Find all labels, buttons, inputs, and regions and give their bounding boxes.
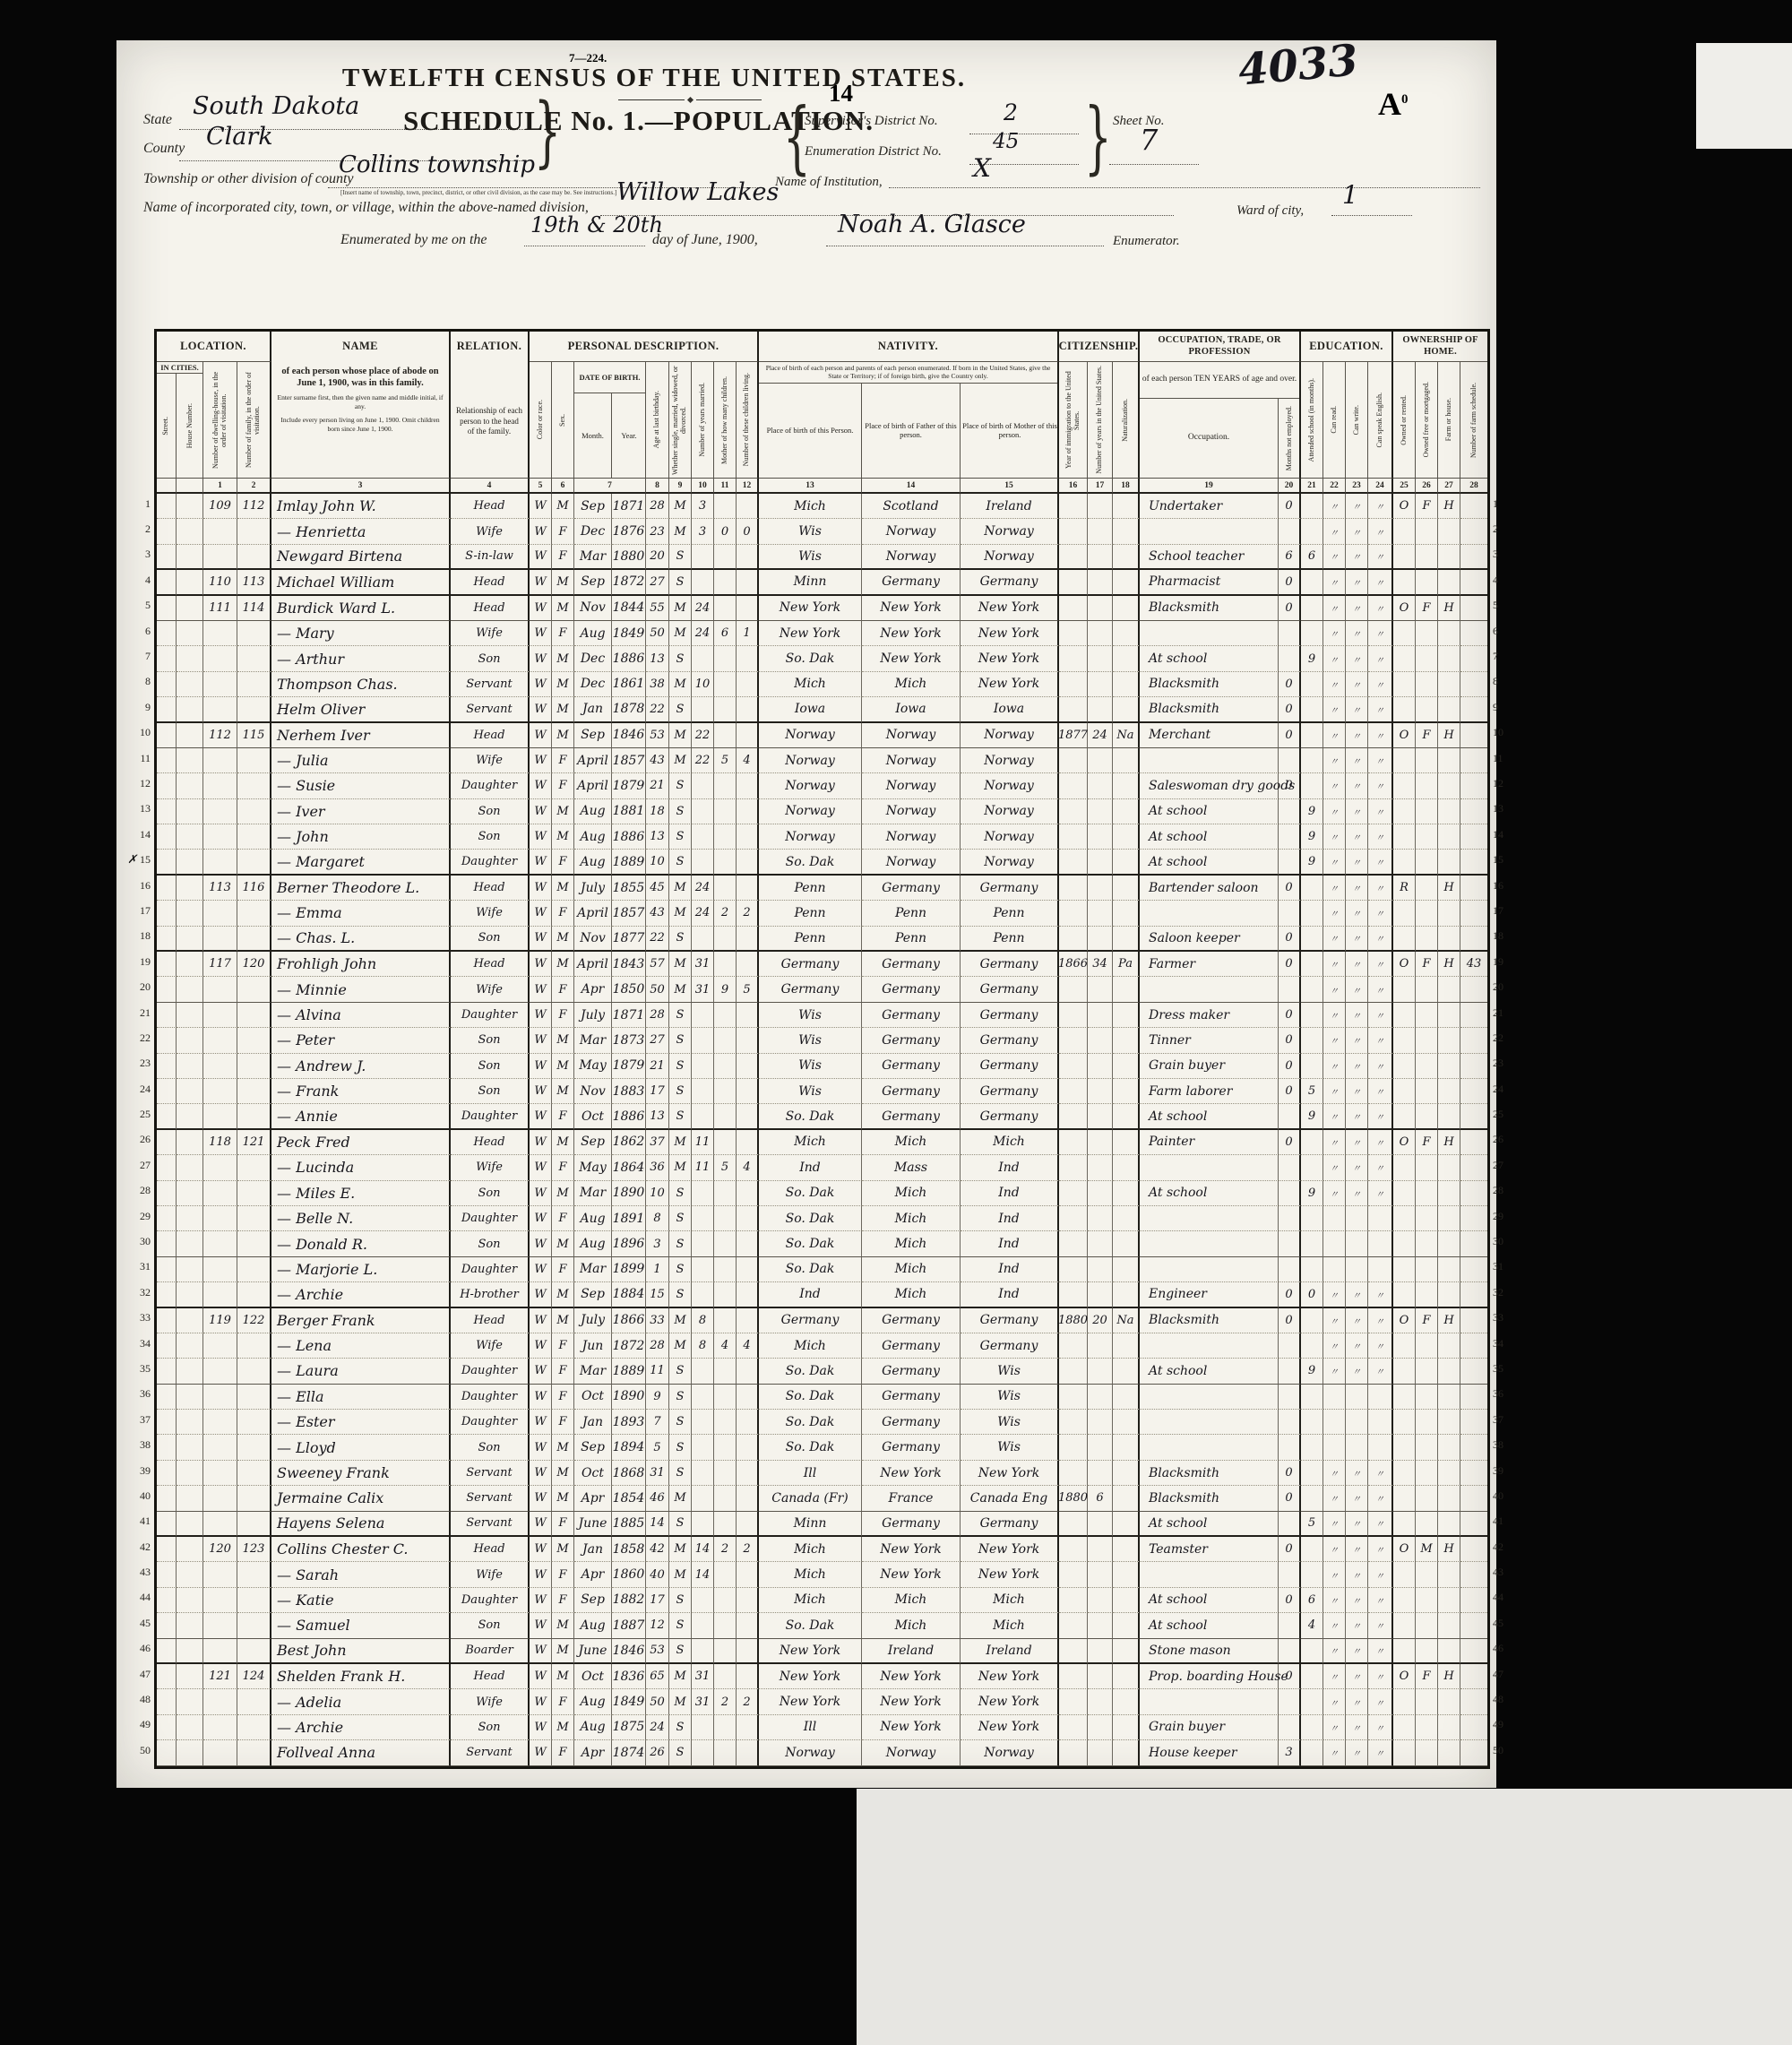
cell-sex: F bbox=[552, 1206, 574, 1231]
row-number-right: 1 bbox=[1489, 491, 1512, 516]
cell-fam bbox=[237, 1028, 271, 1053]
cell-rel: Son bbox=[451, 646, 530, 671]
cell-free: F bbox=[1416, 1308, 1438, 1333]
state-label: State bbox=[143, 112, 172, 128]
farm-house-header: Farm or house. bbox=[1438, 362, 1460, 479]
cell-house bbox=[177, 1715, 203, 1740]
cell-pob: Wis bbox=[759, 1054, 862, 1079]
cell-name: — Archie bbox=[271, 1282, 451, 1307]
cell-house bbox=[177, 1740, 203, 1765]
cell-ym bbox=[692, 1359, 714, 1384]
cell-dw: 111 bbox=[203, 596, 237, 621]
cell-sex: M bbox=[552, 1054, 574, 1079]
cell-wr: 〃 bbox=[1346, 1588, 1368, 1613]
cell-cl bbox=[737, 1028, 759, 1053]
cell-nat bbox=[1113, 1689, 1140, 1714]
cell-farmhouse bbox=[1438, 1689, 1460, 1714]
cell-own: O bbox=[1393, 596, 1416, 621]
cell-farmsched bbox=[1460, 748, 1487, 773]
cell-street bbox=[157, 1664, 177, 1689]
cell-pob: So. Dak bbox=[759, 1359, 862, 1384]
cell-farmhouse: H bbox=[1438, 1308, 1460, 1333]
row-number-right: 12 bbox=[1489, 771, 1512, 796]
cell-mar: S bbox=[669, 1181, 692, 1206]
cell-free bbox=[1416, 927, 1438, 952]
cell-en bbox=[1368, 1435, 1393, 1460]
cell-race: W bbox=[530, 723, 552, 748]
cell-occ: Grain buyer bbox=[1140, 1715, 1279, 1740]
cell-race: W bbox=[530, 1588, 552, 1613]
cell-farmsched bbox=[1460, 773, 1487, 798]
cell-sex: F bbox=[552, 545, 574, 570]
mother-of-header: Mother of how many children. bbox=[714, 362, 737, 479]
cell-ym bbox=[692, 773, 714, 798]
cell-farmsched bbox=[1460, 876, 1487, 901]
row-number-left: 41 bbox=[122, 1509, 151, 1534]
cell-wr: 〃 bbox=[1346, 1639, 1368, 1664]
row-number-right: 13 bbox=[1489, 797, 1512, 822]
cell-dw bbox=[203, 1435, 237, 1460]
cell-house bbox=[177, 1206, 203, 1231]
cell-occ bbox=[1140, 1257, 1279, 1282]
cell-iy bbox=[1059, 545, 1088, 570]
cell-mc bbox=[714, 1181, 737, 1206]
cell-iy bbox=[1059, 1359, 1088, 1384]
marital-header: Whether single, married, widowed, or div… bbox=[669, 362, 692, 479]
cell-farmhouse bbox=[1438, 1155, 1460, 1180]
cell-rel: Wife bbox=[451, 1562, 530, 1587]
cell-pm: Ind bbox=[961, 1282, 1059, 1307]
cell-mar: S bbox=[669, 1282, 692, 1307]
cell-dw bbox=[203, 519, 237, 544]
cell-cl bbox=[737, 596, 759, 621]
cell-mo: Nov bbox=[574, 596, 612, 621]
cell-pm: Germany bbox=[961, 1079, 1059, 1104]
cell-sch bbox=[1301, 1155, 1323, 1180]
cell-race: W bbox=[530, 824, 552, 850]
cell-mo: Oct bbox=[574, 1385, 612, 1410]
cell-sex: F bbox=[552, 1003, 574, 1028]
cell-en bbox=[1368, 1385, 1393, 1410]
cell-free bbox=[1416, 1435, 1438, 1460]
cell-yu bbox=[1088, 1079, 1113, 1104]
cell-wr: 〃 bbox=[1346, 672, 1368, 697]
cell-house bbox=[177, 952, 203, 977]
cell-cl bbox=[737, 1130, 759, 1155]
cell-pm: Penn bbox=[961, 927, 1059, 952]
row-number-right: 30 bbox=[1489, 1229, 1512, 1254]
cell-rel: Head bbox=[451, 1537, 530, 1562]
cell-pob: Minn bbox=[759, 570, 862, 595]
cell-pf: Iowa bbox=[862, 697, 961, 722]
cell-wr: 〃 bbox=[1346, 977, 1368, 1002]
cell-iy bbox=[1059, 1206, 1088, 1231]
cell-mc: 4 bbox=[714, 1333, 737, 1359]
cell-race: W bbox=[530, 1664, 552, 1689]
scanned-census-page: { "page": { "form_number": "7—224.", "ce… bbox=[0, 0, 1792, 2045]
cell-farmsched bbox=[1460, 570, 1487, 595]
cell-race: W bbox=[530, 697, 552, 722]
cell-pob: Ill bbox=[759, 1715, 862, 1740]
cell-iy bbox=[1059, 1257, 1088, 1282]
cell-free bbox=[1416, 1740, 1438, 1765]
cell-name: Frohligh John bbox=[271, 952, 451, 977]
cell-mar: S bbox=[669, 1512, 692, 1537]
cell-wr: 〃 bbox=[1346, 596, 1368, 621]
cell-pf: Germany bbox=[862, 876, 961, 901]
cell-sex: M bbox=[552, 1435, 574, 1460]
cell-street bbox=[157, 1410, 177, 1435]
cell-dw bbox=[203, 1028, 237, 1053]
cell-farmhouse bbox=[1438, 1079, 1460, 1104]
cell-rd: 〃 bbox=[1323, 876, 1346, 901]
row-number-left: 47 bbox=[122, 1661, 151, 1687]
cell-house bbox=[177, 545, 203, 570]
cell-nat bbox=[1113, 596, 1140, 621]
cell-occ: Blacksmith bbox=[1140, 596, 1279, 621]
cell-fam bbox=[237, 1333, 271, 1359]
cell-fam: 112 bbox=[237, 494, 271, 519]
cell-sex: M bbox=[552, 596, 574, 621]
cell-occ: Undertaker bbox=[1140, 494, 1279, 519]
cell-house bbox=[177, 1410, 203, 1435]
cell-name: — Katie bbox=[271, 1588, 451, 1613]
cell-mo: May bbox=[574, 1155, 612, 1180]
cell-cl bbox=[737, 1410, 759, 1435]
cell-race: W bbox=[530, 519, 552, 544]
cell-iy bbox=[1059, 672, 1088, 697]
cell-dw: 119 bbox=[203, 1308, 237, 1333]
cell-cl bbox=[737, 1613, 759, 1638]
cell-sch bbox=[1301, 1385, 1323, 1410]
cell-pf: Germany bbox=[862, 952, 961, 977]
cell-sch bbox=[1301, 1308, 1323, 1333]
cell-mo: Sep bbox=[574, 1282, 612, 1307]
cell-free bbox=[1416, 1155, 1438, 1180]
cell-yr: 1890 bbox=[612, 1385, 646, 1410]
cell-pob: New York bbox=[759, 1639, 862, 1664]
cell-pf: Germany bbox=[862, 1054, 961, 1079]
cell-wr: 〃 bbox=[1346, 748, 1368, 773]
cell-fam bbox=[237, 545, 271, 570]
cell-ym bbox=[692, 1054, 714, 1079]
cell-race: W bbox=[530, 1231, 552, 1256]
cell-fam bbox=[237, 1104, 271, 1129]
cell-race: W bbox=[530, 773, 552, 798]
cell-nat bbox=[1113, 1613, 1140, 1638]
cell-dw bbox=[203, 773, 237, 798]
cell-sch bbox=[1301, 1715, 1323, 1740]
row-number-left: 49 bbox=[122, 1713, 151, 1738]
cell-sex: M bbox=[552, 1308, 574, 1333]
cell-occ: Blacksmith bbox=[1140, 697, 1279, 722]
cell-age: 13 bbox=[646, 824, 669, 850]
cell-occ: Teamster bbox=[1140, 1537, 1279, 1562]
row-number-right: 29 bbox=[1489, 1204, 1512, 1229]
cell-name: Helm Oliver bbox=[271, 697, 451, 722]
cell-pob: So. Dak bbox=[759, 1410, 862, 1435]
cell-wr: 〃 bbox=[1346, 1512, 1368, 1537]
cell-mar: S bbox=[669, 570, 692, 595]
cell-iy bbox=[1059, 1613, 1088, 1638]
cell-pob: Mich bbox=[759, 672, 862, 697]
cell-sch bbox=[1301, 876, 1323, 901]
cell-farmhouse bbox=[1438, 1257, 1460, 1282]
cell-name: — Julia bbox=[271, 748, 451, 773]
institution-value: X bbox=[973, 153, 991, 183]
cell-dw bbox=[203, 646, 237, 671]
cell-free bbox=[1416, 1588, 1438, 1613]
cell-rd: 〃 bbox=[1323, 519, 1346, 544]
cell-fam bbox=[237, 646, 271, 671]
cell-rd bbox=[1323, 1410, 1346, 1435]
cell-house bbox=[177, 1028, 203, 1053]
cell-en: 〃 bbox=[1368, 1079, 1393, 1104]
cell-mo: Nov bbox=[574, 927, 612, 952]
col-number: 4 bbox=[451, 479, 530, 494]
in-cities-block: IN CITIES. Street. House Number. bbox=[157, 362, 203, 479]
cell-ym: 31 bbox=[692, 1664, 714, 1689]
row-number-left: 20 bbox=[122, 974, 151, 999]
cell-pob: So. Dak bbox=[759, 1104, 862, 1129]
cell-en: 〃 bbox=[1368, 1664, 1393, 1689]
cell-pf: Mich bbox=[862, 1257, 961, 1282]
cell-house bbox=[177, 1155, 203, 1180]
cell-rel: Wife bbox=[451, 1333, 530, 1359]
cell-pm: New York bbox=[961, 1715, 1059, 1740]
cell-farmsched bbox=[1460, 799, 1487, 824]
cell-pob: Penn bbox=[759, 927, 862, 952]
row-number-gutter-right: 1234567891011121314151617181920212223242… bbox=[1489, 491, 1512, 1764]
cell-cl bbox=[737, 723, 759, 748]
farm-schedule-header: Number of farm schedule. bbox=[1460, 362, 1487, 479]
row-number-right: 26 bbox=[1489, 1127, 1512, 1152]
cell-farmsched bbox=[1460, 494, 1487, 519]
cell-mo: Mar bbox=[574, 1181, 612, 1206]
cell-house bbox=[177, 1359, 203, 1384]
col-number: 24 bbox=[1368, 479, 1393, 494]
cell-rd: 〃 bbox=[1323, 1512, 1346, 1537]
cell-free bbox=[1416, 1410, 1438, 1435]
cell-nat bbox=[1113, 1257, 1140, 1282]
cell-iy bbox=[1059, 901, 1088, 926]
cell-name: Hayens Selena bbox=[271, 1512, 451, 1537]
cell-yr: 1871 bbox=[612, 494, 646, 519]
cell-wr: 〃 bbox=[1346, 1359, 1368, 1384]
cell-street bbox=[157, 723, 177, 748]
cell-name: — Sarah bbox=[271, 1562, 451, 1587]
cell-mo: Mar bbox=[574, 1257, 612, 1282]
cell-free: F bbox=[1416, 1130, 1438, 1155]
cell-mc: 2 bbox=[714, 1537, 737, 1562]
cell-ym bbox=[692, 1003, 714, 1028]
cell-yr: 1860 bbox=[612, 1562, 646, 1587]
cell-iy bbox=[1059, 1054, 1088, 1079]
row-number-left: 35 bbox=[122, 1356, 151, 1381]
cell-un bbox=[1279, 1512, 1301, 1537]
cell-fam: 123 bbox=[237, 1537, 271, 1562]
cell-occ: School teacher bbox=[1140, 545, 1279, 570]
month-header: Month. bbox=[574, 393, 612, 478]
cell-rel: Servant bbox=[451, 672, 530, 697]
cell-house bbox=[177, 1537, 203, 1562]
cell-yr: 1846 bbox=[612, 723, 646, 748]
cell-farmhouse bbox=[1438, 1385, 1460, 1410]
row-number-right: 22 bbox=[1489, 1025, 1512, 1050]
cell-fam: 113 bbox=[237, 570, 271, 595]
cell-sch bbox=[1301, 723, 1323, 748]
cell-age: 38 bbox=[646, 672, 669, 697]
institution-underline bbox=[889, 186, 1480, 188]
col-number-blank bbox=[157, 479, 177, 494]
cell-occ bbox=[1140, 1562, 1279, 1587]
cell-farmhouse bbox=[1438, 977, 1460, 1002]
cell-en: 〃 bbox=[1368, 850, 1393, 875]
cell-pm: Germany bbox=[961, 977, 1059, 1002]
row-number-right: 39 bbox=[1489, 1458, 1512, 1483]
cell-mar: S bbox=[669, 1231, 692, 1256]
cell-sex: M bbox=[552, 1079, 574, 1104]
cell-rd: 〃 bbox=[1323, 1562, 1346, 1587]
cell-pf: New York bbox=[862, 596, 961, 621]
cell-farmsched bbox=[1460, 519, 1487, 544]
cell-ym: 3 bbox=[692, 494, 714, 519]
cell-nat bbox=[1113, 1333, 1140, 1359]
cell-rel: Daughter bbox=[451, 850, 530, 875]
cell-sex: M bbox=[552, 494, 574, 519]
cell-yr: 1893 bbox=[612, 1410, 646, 1435]
cell-mc: 5 bbox=[714, 1155, 737, 1180]
cell-sch: 9 bbox=[1301, 824, 1323, 850]
cell-wr: 〃 bbox=[1346, 1486, 1368, 1511]
cell-free: M bbox=[1416, 1537, 1438, 1562]
row-number-left: 17 bbox=[122, 898, 151, 923]
cell-pf: Germany bbox=[862, 570, 961, 595]
cell-cl: 4 bbox=[737, 1155, 759, 1180]
cell-free: F bbox=[1416, 1664, 1438, 1689]
cell-cl: 2 bbox=[737, 1689, 759, 1714]
cell-age: 27 bbox=[646, 1028, 669, 1053]
cell-nat bbox=[1113, 494, 1140, 519]
cell-en: 〃 bbox=[1368, 1689, 1393, 1714]
cell-free bbox=[1416, 824, 1438, 850]
cell-sch bbox=[1301, 1740, 1323, 1765]
cell-house bbox=[177, 1130, 203, 1155]
cell-name: Follveal Anna bbox=[271, 1740, 451, 1765]
cell-age: 21 bbox=[646, 1054, 669, 1079]
cell-pob: Ill bbox=[759, 1461, 862, 1486]
cell-cl bbox=[737, 1054, 759, 1079]
cell-en: 〃 bbox=[1368, 1613, 1393, 1638]
cell-pm: Norway bbox=[961, 850, 1059, 875]
cell-cl bbox=[737, 646, 759, 671]
cell-iy bbox=[1059, 1282, 1088, 1307]
cell-mc: 2 bbox=[714, 901, 737, 926]
cell-mc bbox=[714, 1639, 737, 1664]
cell-rel: Wife bbox=[451, 621, 530, 646]
cell-en: 〃 bbox=[1368, 773, 1393, 798]
cell-farmhouse bbox=[1438, 1359, 1460, 1384]
cell-dw bbox=[203, 1689, 237, 1714]
cell-en: 〃 bbox=[1368, 646, 1393, 671]
cell-mar: S bbox=[669, 1410, 692, 1435]
cell-sch bbox=[1301, 927, 1323, 952]
cell-sch bbox=[1301, 1562, 1323, 1587]
cell-occ: Blacksmith bbox=[1140, 672, 1279, 697]
cell-street bbox=[157, 1512, 177, 1537]
cell-house bbox=[177, 1512, 203, 1537]
cell-yu bbox=[1088, 1130, 1113, 1155]
cell-street bbox=[157, 748, 177, 773]
cell-mar: S bbox=[669, 824, 692, 850]
cell-mo: Mar bbox=[574, 1028, 612, 1053]
cell-en: 〃 bbox=[1368, 1486, 1393, 1511]
group-citizenship: CITIZENSHIP. bbox=[1059, 332, 1140, 362]
cell-nat bbox=[1113, 545, 1140, 570]
cell-rel: Daughter bbox=[451, 1385, 530, 1410]
cell-pm: Norway bbox=[961, 799, 1059, 824]
cell-age: 33 bbox=[646, 1308, 669, 1333]
cell-cl bbox=[737, 1486, 759, 1511]
cell-house bbox=[177, 621, 203, 646]
cell-house bbox=[177, 723, 203, 748]
cell-dw bbox=[203, 1486, 237, 1511]
cell-age: 8 bbox=[646, 1206, 669, 1231]
cell-farmhouse bbox=[1438, 1461, 1460, 1486]
cell-age: 9 bbox=[646, 1385, 669, 1410]
cell-sex: F bbox=[552, 519, 574, 544]
cell-age: 13 bbox=[646, 1104, 669, 1129]
cell-house bbox=[177, 1181, 203, 1206]
cell-free bbox=[1416, 1333, 1438, 1359]
cell-ym bbox=[692, 1588, 714, 1613]
cell-rd bbox=[1323, 1385, 1346, 1410]
cell-mo: Apr bbox=[574, 1486, 612, 1511]
cell-mc bbox=[714, 1740, 737, 1765]
cell-ym: 24 bbox=[692, 876, 714, 901]
cell-yr: 1861 bbox=[612, 672, 646, 697]
cell-name: Jermaine Calix bbox=[271, 1486, 451, 1511]
census-sheet: 7—224. TWELFTH CENSUS OF THE UNITED STAT… bbox=[116, 40, 1496, 1788]
row-number-right: 17 bbox=[1489, 898, 1512, 923]
cell-un: 0 bbox=[1279, 1054, 1301, 1079]
cell-mc bbox=[714, 1562, 737, 1587]
cell-race: W bbox=[530, 799, 552, 824]
cell-cl: 1 bbox=[737, 621, 759, 646]
cell-pm: Germany bbox=[961, 1333, 1059, 1359]
cell-race: W bbox=[530, 1435, 552, 1460]
cell-age: 7 bbox=[646, 1410, 669, 1435]
col-number: 12 bbox=[737, 479, 759, 494]
cell-house bbox=[177, 570, 203, 595]
cell-dw: 109 bbox=[203, 494, 237, 519]
cell-cl bbox=[737, 1181, 759, 1206]
cell-ym: 24 bbox=[692, 901, 714, 926]
cell-cl bbox=[737, 927, 759, 952]
cell-yr: 1879 bbox=[612, 1054, 646, 1079]
cell-un bbox=[1279, 1231, 1301, 1256]
cell-un bbox=[1279, 1104, 1301, 1129]
cell-wr: 〃 bbox=[1346, 494, 1368, 519]
cell-nat bbox=[1113, 1028, 1140, 1053]
cell-name: — Lloyd bbox=[271, 1435, 451, 1460]
cell-farmhouse bbox=[1438, 1282, 1460, 1307]
cell-un bbox=[1279, 621, 1301, 646]
cell-farmhouse bbox=[1438, 1740, 1460, 1765]
cell-farmhouse bbox=[1438, 697, 1460, 722]
cell-nat bbox=[1113, 748, 1140, 773]
row-number-left: 34 bbox=[122, 1331, 151, 1356]
